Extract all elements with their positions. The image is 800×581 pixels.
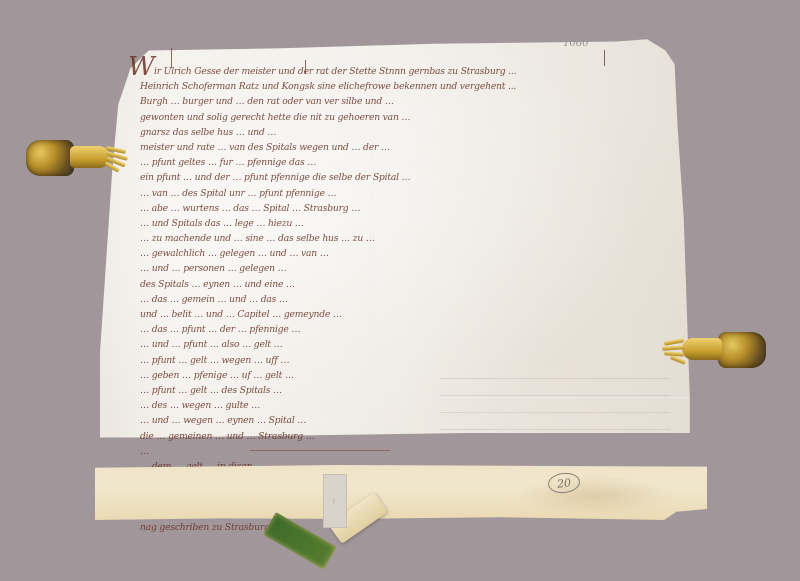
right-hand-clip-icon [662,328,766,372]
plica-fold [95,465,707,520]
text-line: Burgh … burger und … den rat oder van ve… [140,94,652,109]
text-line: … van … des Spital unr … pfunt pfennige … [140,186,652,201]
closing-flourish-line [250,450,390,451]
text-line: … zu machende und … sine … das selbe hus… [140,231,652,246]
text-line: … pfunt … gelt … des Spitals … [140,383,652,398]
clip-cuff [26,140,74,176]
text-line: … pfunt … gelt … wegen … uff … [140,353,652,368]
clip-finger [662,345,684,351]
text-line: und … belit … und … Capitel … gemeynde … [140,307,652,322]
text-line: … [140,444,652,459]
text-line: … und … personen … gelegen … [140,261,652,276]
text-line: … das … gemein … und … das … [140,292,652,307]
charter-text: ir Ulrich Gesse der meister und der rat … [140,64,652,535]
text-line: die … gemeinen … und … Strasburg … [140,429,652,444]
text-line: … und Spitals das … lege … hiezu … [140,216,652,231]
text-line: … des … wegen … gulte … [140,398,652,413]
clip-finger [670,355,686,365]
text-line: ir Ulrich Gesse der meister und der rat … [140,64,652,79]
charter-photo: 1060 W ir Ulrich Gesse der meister und d… [0,0,800,581]
text-line: … und … pfunt … also … gelt … [140,337,652,352]
text-line: Heinrich Schoferman Ratz und Kongsk sine… [140,79,652,94]
text-line: … pfunt geltes … fur … pfennige das … [140,155,652,170]
text-line: … und … wegen … eynen … Spital … [140,413,652,428]
left-hand-clip-icon [26,136,130,180]
text-line: … geben … pfenige … uf … gelt … [140,368,652,383]
seal-tag: … [323,474,347,528]
text-line: des Spitals … eynen … und eine … [140,277,652,292]
text-line: ein pfunt … und der … pfunt pfennige die… [140,170,652,185]
text-line: … das … pfunt … der … pfennige … [140,322,652,337]
archive-number: 1060 [563,38,588,49]
stain [515,475,675,515]
clip-cuff [718,332,766,368]
text-line: … abe … wurtens … das … Spital … Strasbu… [140,201,652,216]
text-line: … gewalchlich … gelegen … und … van … [140,246,652,261]
text-line: nag geschriben zu Strasburg … [140,520,652,535]
clip-palm [682,338,722,360]
text-line: gnarsz das selbe hus … und … [140,125,652,140]
text-line: gewonten und solig gerecht hette die nit… [140,110,652,125]
text-line: meister und rate … van des Spitals wegen… [140,140,652,155]
